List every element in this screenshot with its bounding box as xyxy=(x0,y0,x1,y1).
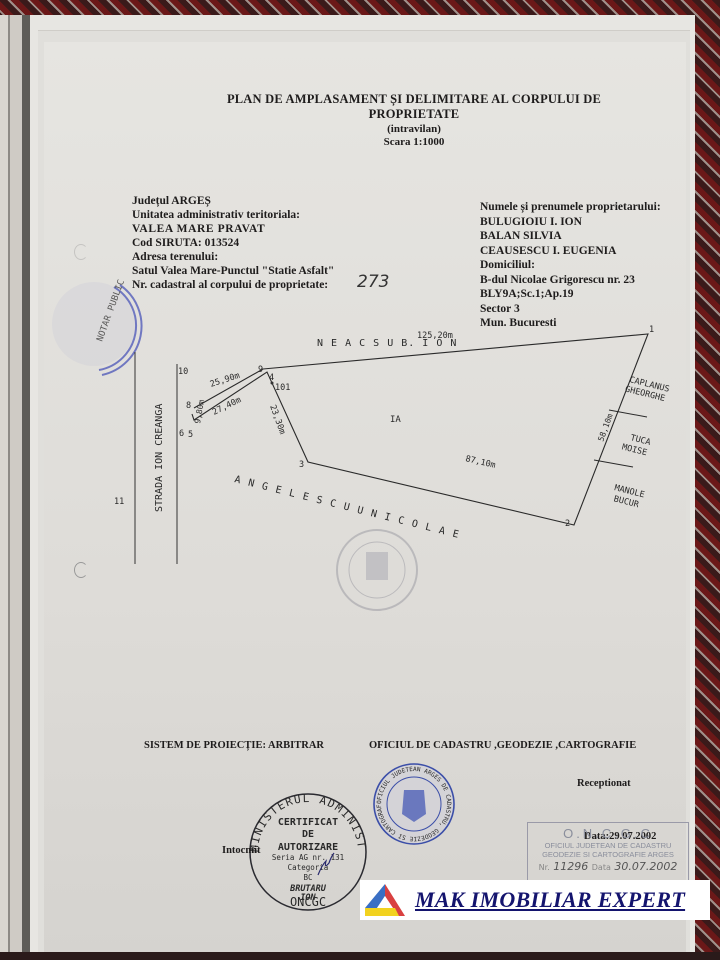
svg-text:11: 11 xyxy=(114,497,124,507)
svg-text:DE: DE xyxy=(302,829,314,840)
svg-text:125,20m: 125,20m xyxy=(417,331,453,341)
svg-text:101: 101 xyxy=(275,383,290,393)
svg-text:6: 6 xyxy=(179,429,184,439)
svg-text:3: 3 xyxy=(299,460,304,470)
watermark-banner: MAK IMOBILIAR EXPERT xyxy=(360,880,710,920)
bottom-edge xyxy=(0,952,720,960)
faded-round-stamp xyxy=(337,530,417,610)
document-page: PLAN DE AMPLASAMENT ȘI DELIMITARE AL COR… xyxy=(44,42,686,954)
notary-stamp: NOTAR PUBLIC xyxy=(52,278,142,375)
svg-text:9,80m: 9,80m xyxy=(193,399,206,424)
street-label: STRADA ION CREANGA xyxy=(154,404,165,512)
site-plan-drawing: NOTAR PUBLIC STRADA ION CREANGA N E A C … xyxy=(44,42,686,954)
oncgc-registration-stamp: O.N.C.G.C OFICIUL JUDETEAN DE CADASTRU G… xyxy=(527,822,689,884)
office-round-stamp: OFICIUL JUDETEAN ARGES DE CADASTRU, GEOD… xyxy=(44,42,454,844)
registration-date: 30.07.2002 xyxy=(614,860,677,873)
received-label: Receptionat xyxy=(577,778,631,789)
authorization-stamp: MINISTERUL ADMINISTRAȚIEI PUBLICE ONCGC … xyxy=(44,42,368,910)
svg-text:CERTIFICAT: CERTIFICAT xyxy=(278,817,338,828)
svg-text:4: 4 xyxy=(269,373,274,383)
svg-text:25,90m: 25,90m xyxy=(209,371,241,390)
svg-text:8: 8 xyxy=(186,401,191,411)
svg-text:2: 2 xyxy=(565,519,570,529)
svg-text:OFICIUL JUDETEAN ARGES DE CADA: OFICIUL JUDETEAN ARGES DE CADASTRU, GEOD… xyxy=(44,42,452,842)
svg-text:5: 5 xyxy=(188,430,193,440)
south-neighbor: A N G E L E S C U U N I C O L A E xyxy=(233,474,460,541)
mak-logo-icon xyxy=(363,882,407,918)
registration-number: 11296 xyxy=(553,860,588,873)
svg-text:ION: ION xyxy=(300,893,316,903)
parcel-label: IA xyxy=(390,415,401,425)
svg-text:10: 10 xyxy=(178,367,188,377)
svg-text:AUTORIZARE: AUTORIZARE xyxy=(278,842,338,853)
svg-text:BC: BC xyxy=(303,873,312,882)
svg-text:1: 1 xyxy=(649,325,654,335)
svg-text:87,10m: 87,10m xyxy=(464,454,496,471)
cadastral-office: OFICIUL DE CADASTRU ,GEODEZIE ,CARTOGRAF… xyxy=(369,740,636,751)
svg-text:9: 9 xyxy=(258,365,263,375)
svg-text:MINISTERUL ADMINISTRAȚIEI PUBL: MINISTERUL ADMINISTRAȚIEI PUBLICE xyxy=(44,42,368,852)
brand-name: MAK IMOBILIAR EXPERT xyxy=(415,887,685,913)
svg-text:Categoria: Categoria xyxy=(288,863,329,872)
prepared-by-label: Intocmit xyxy=(222,845,261,856)
projection-system: SISTEM DE PROIECȚIE: ARBITRAR xyxy=(144,740,324,751)
